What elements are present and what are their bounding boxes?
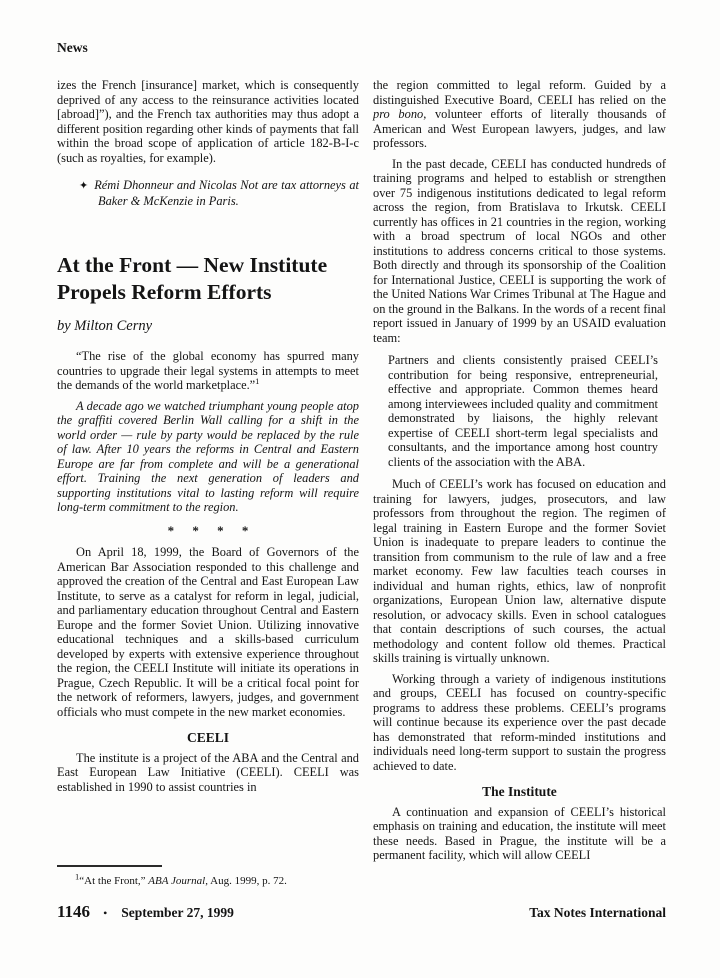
lead-italic-paragraph: A decade ago we watched triumphant young…: [57, 399, 359, 515]
footnote-text-post: , Aug. 1999, p. 72.: [205, 875, 287, 887]
usaid-block-quote: Partners and clients consistently praise…: [388, 353, 658, 469]
paragraph-continuation-expansion: A continuation and expansion of CEELI’s …: [373, 805, 666, 863]
left-column: izes the French [insurance] market, whic…: [57, 78, 359, 892]
footnote-block: 1“At the Front,” ABA Journal, Aug. 1999,…: [57, 865, 359, 893]
footnote-text-pre: “At the Front,”: [79, 875, 148, 887]
pro-bono-italic: pro bono: [373, 107, 423, 121]
paragraph-working-through: Working through a variety of indigenous …: [373, 672, 666, 774]
footer-left: 1146 • September 27, 1999: [57, 902, 234, 922]
opening-quote-text: “The rise of the global economy has spur…: [57, 349, 359, 392]
paragraph-ceeli-project: The institute is a project of the ABA an…: [57, 751, 359, 795]
diamond-bullet-icon: ✦: [79, 179, 94, 192]
author-credit-text: Rémi Dhonneur and Nicolas Not are tax at…: [94, 178, 359, 208]
scanned-page: News izes the French [insurance] market,…: [0, 0, 720, 978]
page-footer: 1146 • September 27, 1999 Tax Notes Inte…: [57, 902, 666, 922]
footnote: 1“At the Front,” ABA Journal, Aug. 1999,…: [57, 875, 359, 889]
opening-quote-paragraph: “The rise of the global economy has spur…: [57, 349, 359, 393]
section-label: News: [57, 40, 666, 56]
article-title: At the Front — New Institute Propels Ref…: [57, 252, 359, 306]
footer-separator-dot: •: [90, 906, 121, 921]
stars-separator: * * * *: [57, 524, 359, 539]
issue-date: September 27, 1999: [121, 905, 234, 921]
paragraph-region-committed: the region committed to legal reform. Gu…: [373, 78, 666, 151]
heading-ceeli: CEELI: [57, 731, 359, 746]
paragraph-education-training: Much of CEELI’s work has focused on educ…: [373, 477, 666, 666]
heading-the-institute: The Institute: [373, 785, 666, 800]
paragraph-past-decade: In the past decade, CEELI has conducted …: [373, 157, 666, 346]
author-credit: ✦Rémi Dhonneur and Nicolas Not are tax a…: [57, 178, 359, 208]
journal-name: Tax Notes International: [529, 905, 666, 921]
two-column-body: izes the French [insurance] market, whic…: [57, 78, 666, 892]
footnote-rule: [57, 865, 162, 867]
footnote-ref: 1: [255, 376, 259, 386]
right-column: the region committed to legal reform. Gu…: [373, 78, 666, 892]
region-committed-pre: the region committed to legal reform. Gu…: [373, 78, 666, 107]
page-number: 1146: [57, 902, 90, 922]
paragraph-board-of-governors: On April 18, 1999, the Board of Governor…: [57, 545, 359, 719]
byline: by Milton Cerny: [57, 318, 359, 335]
footnote-journal: ABA Journal: [148, 875, 205, 887]
continued-paragraph: izes the French [insurance] market, whic…: [57, 78, 359, 165]
